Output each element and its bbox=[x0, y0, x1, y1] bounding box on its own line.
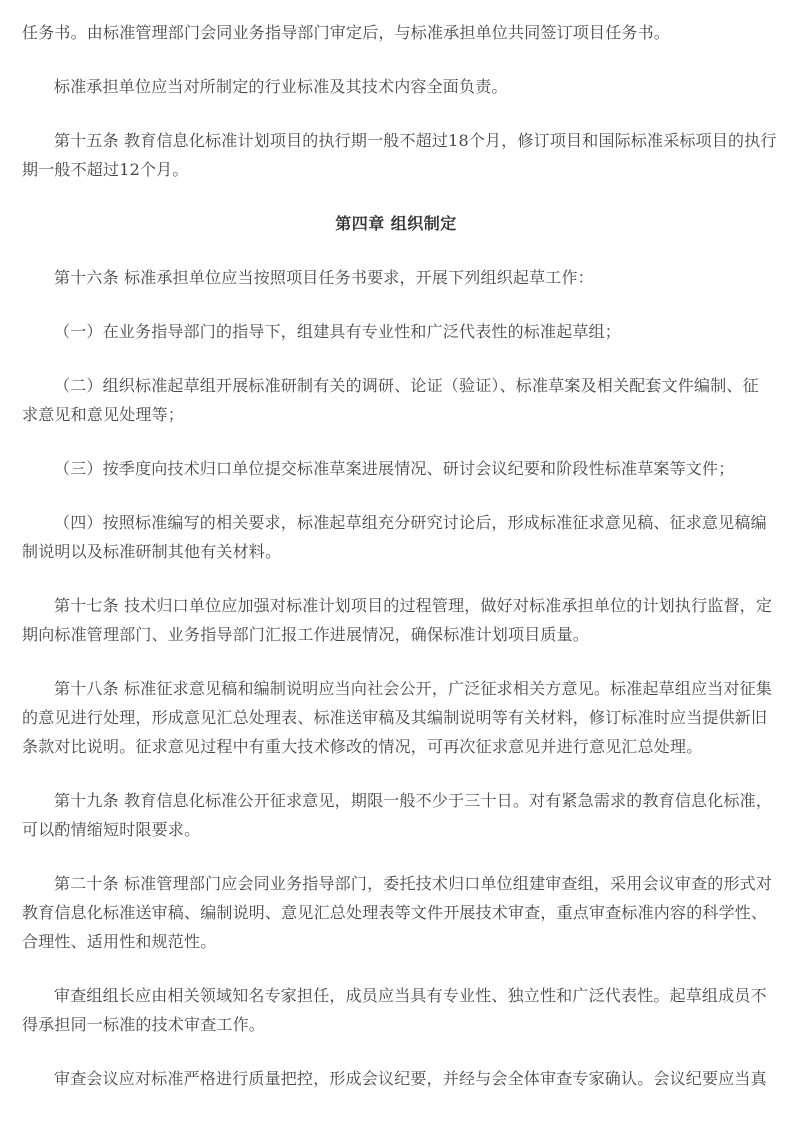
text-line: 第二十条 标准管理部门应会同业务指导部门，委托技术归口单位组建审查组，采用会议审… bbox=[22, 869, 770, 898]
text-line: （四）按照标准编写的相关要求，标准起草组充分研究讨论后，形成标准征求意见稿、征求… bbox=[22, 508, 770, 537]
text-line: 第四章 组织制定 bbox=[22, 209, 770, 238]
chapter-heading: 第四章 组织制定 bbox=[22, 209, 770, 238]
text-line: 的意见进行处理，形成意见汇总处理表、标准送审稿及其编制说明等有关材料，修订标准时… bbox=[22, 703, 770, 732]
document-text: 任务书。由标准管理部门会同业务指导部门审定后，与标准承担单位共同签订项目任务书。… bbox=[22, 18, 770, 1093]
paragraph: 第十六条 标准承担单位应当按照项目任务书要求，开展下列组织起草工作： bbox=[22, 263, 770, 292]
paragraph: （四）按照标准编写的相关要求，标准起草组充分研究讨论后，形成标准征求意见稿、征求… bbox=[22, 508, 770, 566]
paragraph: 第十五条 教育信息化标准计划项目的执行期一般不超过18个月，修订项目和国际标准采… bbox=[22, 126, 770, 184]
paragraph: （一）在业务指导部门的指导下，组建具有专业性和广泛代表性的标准起草组； bbox=[22, 317, 770, 346]
paragraph: 第十八条 标准征求意见稿和编制说明应当向社会公开，广泛征求相关方意见。标准起草组… bbox=[22, 674, 770, 761]
text-line: 教育信息化标准送审稿、编制说明、意见汇总处理表等文件开展技术审查，重点审查标准内… bbox=[22, 898, 770, 927]
text-line: 求意见和意见处理等； bbox=[22, 400, 770, 429]
text-line: （一）在业务指导部门的指导下，组建具有专业性和广泛代表性的标准起草组； bbox=[22, 317, 770, 346]
text-line: 得承担同一标准的技术审查工作。 bbox=[22, 1010, 770, 1039]
paragraph: （三）按季度向技术归口单位提交标准草案进展情况、研讨会议纪要和阶段性标准草案等文… bbox=[22, 454, 770, 483]
text-line: （二）组织标准起草组开展标准研制有关的调研、论证（验证）、标准草案及相关配套文件… bbox=[22, 371, 770, 400]
paragraph: 标准承担单位应当对所制定的行业标准及其技术内容全面负责。 bbox=[22, 72, 770, 101]
text-line: 第十七条 技术归口单位应加强对标准计划项目的过程管理，做好对标准承担单位的计划执… bbox=[22, 591, 770, 620]
text-line: 任务书。由标准管理部门会同业务指导部门审定后，与标准承担单位共同签订项目任务书。 bbox=[22, 18, 770, 47]
paragraph: 第二十条 标准管理部门应会同业务指导部门，委托技术归口单位组建审查组，采用会议审… bbox=[22, 869, 770, 956]
text-line: 标准承担单位应当对所制定的行业标准及其技术内容全面负责。 bbox=[22, 72, 770, 101]
document-page: 任务书。由标准管理部门会同业务指导部门审定后，与标准承担单位共同签订项目任务书。… bbox=[0, 0, 793, 1122]
text-line: 第十九条 教育信息化标准公开征求意见，期限一般不少于三十日。对有紧急需求的教育信… bbox=[22, 786, 770, 815]
text-line: 审查会议应对标准严格进行质量把控，形成会议纪要，并经与会全体审查专家确认。会议纪… bbox=[22, 1064, 770, 1093]
paragraph: 第十七条 技术归口单位应加强对标准计划项目的过程管理，做好对标准承担单位的计划执… bbox=[22, 591, 770, 649]
paragraph: 任务书。由标准管理部门会同业务指导部门审定后，与标准承担单位共同签订项目任务书。 bbox=[22, 18, 770, 47]
paragraph: 审查会议应对标准严格进行质量把控，形成会议纪要，并经与会全体审查专家确认。会议纪… bbox=[22, 1064, 770, 1093]
paragraph: （二）组织标准起草组开展标准研制有关的调研、论证（验证）、标准草案及相关配套文件… bbox=[22, 371, 770, 429]
text-line: （三）按季度向技术归口单位提交标准草案进展情况、研讨会议纪要和阶段性标准草案等文… bbox=[22, 454, 770, 483]
paragraph: 第十九条 教育信息化标准公开征求意见，期限一般不少于三十日。对有紧急需求的教育信… bbox=[22, 786, 770, 844]
text-line: 期向标准管理部门、业务指导部门汇报工作进展情况，确保标准计划项目质量。 bbox=[22, 620, 770, 649]
text-line: 第十八条 标准征求意见稿和编制说明应当向社会公开，广泛征求相关方意见。标准起草组… bbox=[22, 674, 770, 703]
text-line: 条款对比说明。征求意见过程中有重大技术修改的情况，可再次征求意见并进行意见汇总处… bbox=[22, 732, 770, 761]
text-line: 第十六条 标准承担单位应当按照项目任务书要求，开展下列组织起草工作： bbox=[22, 263, 770, 292]
paragraph: 审查组组长应由相关领域知名专家担任，成员应当具有专业性、独立性和广泛代表性。起草… bbox=[22, 981, 770, 1039]
text-line: 合理性、适用性和规范性。 bbox=[22, 927, 770, 956]
text-line: 可以酌情缩短时限要求。 bbox=[22, 815, 770, 844]
text-line: 制说明以及标准研制其他有关材料。 bbox=[22, 537, 770, 566]
text-line: 审查组组长应由相关领域知名专家担任，成员应当具有专业性、独立性和广泛代表性。起草… bbox=[22, 981, 770, 1010]
text-line: 期一般不超过12个月。 bbox=[22, 155, 770, 184]
text-line: 第十五条 教育信息化标准计划项目的执行期一般不超过18个月，修订项目和国际标准采… bbox=[22, 126, 770, 155]
